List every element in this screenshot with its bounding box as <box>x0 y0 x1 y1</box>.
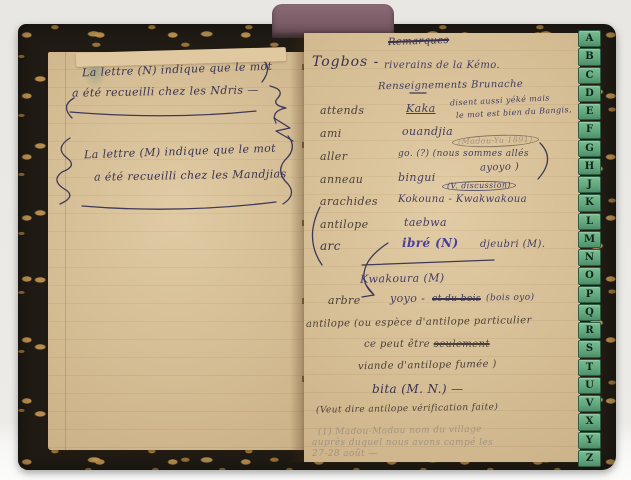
index-tab-z: Z <box>578 450 601 467</box>
index-tab-d: D <box>578 85 601 102</box>
index-tab-p: P <box>578 286 601 303</box>
entry-fr: aller <box>320 151 347 162</box>
entry-fr: anneau <box>320 174 363 185</box>
index-tab-x: X <box>578 413 601 430</box>
notebook-scan: La lettre (N) indique que le mot a été r… <box>18 24 616 470</box>
page-title-word: Togbos - <box>312 55 379 69</box>
entry-word-paren: (bois oyo) <box>486 294 535 304</box>
index-tab-t: T <box>578 359 601 376</box>
entry-word: Kaka <box>406 103 436 114</box>
entry-word: yoyo - <box>390 293 425 304</box>
entry-word: taebwa <box>404 217 447 228</box>
entry-word-cont: ayoyo ) <box>480 162 520 173</box>
index-tab-b: B <box>578 48 601 65</box>
entry-word: Kokouna - Kwakwakoua <box>398 195 527 205</box>
index-tab-g: G <box>578 140 601 157</box>
margin-rule-line <box>65 52 66 450</box>
crossed-heading: Remarques <box>388 36 449 48</box>
right-page: Remarques Togbos - riverains de la Kémo.… <box>304 33 580 462</box>
antilope-note-line3: viande d'antilope fumée ) <box>358 360 497 372</box>
index-tab-y: Y <box>578 432 601 449</box>
antilope-note-line2-pre: ce peut être <box>364 339 434 350</box>
pencil-footnote-line2: auprès duquel nous avons campé les <box>312 439 493 448</box>
antilope-note-line2: ce peut être seulement <box>364 340 490 350</box>
pencil-footnote-line1: (1) Madou-Madou nom du village <box>318 426 482 438</box>
index-tab-j: J <box>578 176 601 193</box>
kaka-margin-note-1: disent aussi yéké mais <box>450 94 550 107</box>
index-tab-h: H <box>578 158 601 175</box>
entry-word: ouandjia <box>402 126 453 137</box>
entry-word: bingui <box>398 172 436 183</box>
index-tab-l: L <box>578 213 601 230</box>
legend-note-m-line2: a été recueilli chez les Mandjias <box>94 168 287 182</box>
left-page: La lettre (N) indique que le mot a été r… <box>48 52 304 450</box>
kwakoura-entry: Kwakoura (M) <box>360 272 445 284</box>
page-title-rest: riverains de la Kémo. <box>384 61 500 71</box>
index-tab-q: Q <box>578 304 601 321</box>
antilope-note-line1: antilope (ou espèce d'antilope particuli… <box>306 316 532 330</box>
antilope-note-line2-struck: seulement <box>434 339 490 350</box>
index-tab-a: A <box>578 30 601 47</box>
index-tab-n: N <box>578 249 601 266</box>
index-tab-c: C <box>578 67 601 84</box>
index-tab-u: U <box>578 377 601 394</box>
entry-word: go. (?) (nous sommes allés <box>398 150 529 159</box>
discussion-reference: (V. discussion) <box>442 180 516 191</box>
verification-note: (Veut dire antilope vérification faite) <box>316 403 498 415</box>
index-tab-o: O <box>578 267 601 284</box>
entry-word-alt: djeubri (M). <box>480 240 545 250</box>
entry-fr: arachides <box>320 196 378 207</box>
entry-fr: ami <box>320 128 342 139</box>
index-tab-f: F <box>578 121 601 138</box>
source-subheading: Renseignements Brunache <box>378 80 523 93</box>
entry-fr: attends <box>320 105 364 116</box>
entry-word-struck: et du bois <box>432 295 481 304</box>
entry-fr: antilope <box>320 219 368 230</box>
legend-note-m-line1: La lettre (M) indique que le mot <box>84 143 276 161</box>
entry-fr: arc <box>320 240 341 252</box>
brace-decorations <box>48 52 304 450</box>
pencil-footnote-line3: 27-28 août — <box>312 450 378 459</box>
entry-fr: arbre <box>328 295 361 306</box>
index-tab-v: V <box>578 395 601 412</box>
entry-word: ibré (N) <box>402 237 459 249</box>
index-tab-e: E <box>578 103 601 120</box>
madou-reference: (Madou-Yu 1891) <box>452 133 539 148</box>
index-tab-m: M <box>578 231 601 248</box>
alphabet-index-tabs: A B C D E F G H J K L M N O P Q R S T U … <box>578 30 601 468</box>
legend-note-n-line2: a été recueilli chez les Ndris — <box>72 84 259 98</box>
index-tab-s: S <box>578 340 601 357</box>
index-tab-r: R <box>578 322 601 339</box>
index-tab-k: K <box>578 194 601 211</box>
bita-entry: bita (M. N.) — <box>372 383 464 395</box>
kaka-margin-note-2: le mot est bien du Bangis, <box>456 106 572 120</box>
